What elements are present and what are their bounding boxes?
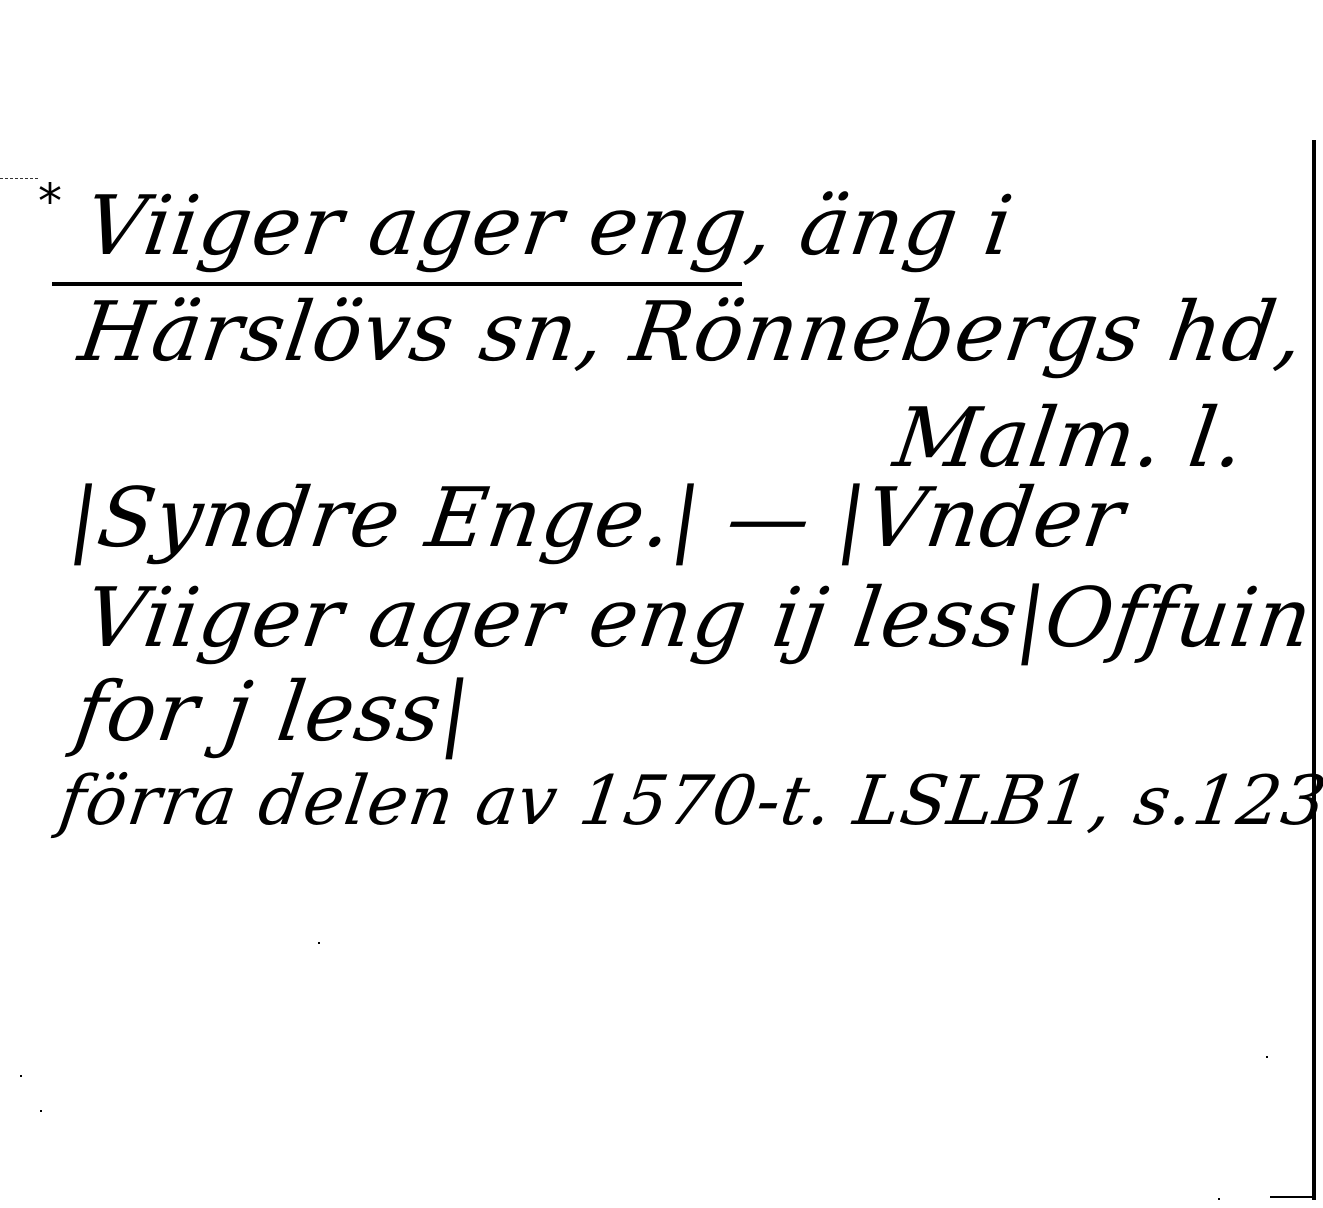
- card-line-parish-district: Härslövs sn, Rönnebergs hd,: [74, 292, 1309, 374]
- asterisk-mark: *: [38, 178, 62, 226]
- card-line-source-form-3: for j less|: [70, 672, 476, 754]
- index-card: * Viiger ager eng, äng i Härslövs sn, Rö…: [0, 0, 1323, 1208]
- card-line-source-form-1: |Syndre Enge.| — |Vnder: [64, 478, 1129, 560]
- card-line-source-form-2: Viiger ager eng ij less|Offuin: [80, 578, 1317, 660]
- scan-speck: [40, 1110, 42, 1112]
- scan-speck: [318, 942, 320, 944]
- scan-speck: [1266, 1056, 1268, 1058]
- card-line-county: Malm. l.: [889, 398, 1250, 480]
- scan-speck: [20, 1075, 22, 1077]
- card-line-headword: Viiger ager eng, äng i: [80, 186, 1018, 268]
- card-line-source-reference: förra delen av 1570-t. LSLB1, s.123. ori…: [55, 768, 1323, 836]
- card-right-border: [1312, 140, 1316, 1200]
- top-left-rule: [0, 178, 38, 180]
- scan-speck: [1218, 1198, 1220, 1200]
- card-bottom-border: [1270, 1196, 1316, 1198]
